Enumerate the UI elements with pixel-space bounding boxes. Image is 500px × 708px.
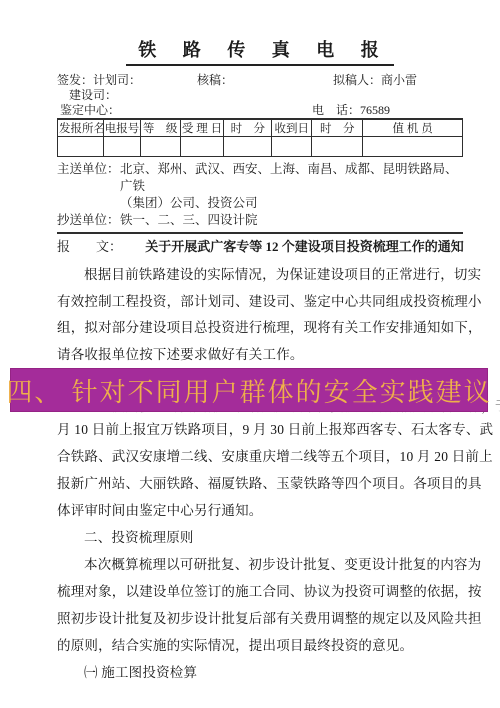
main-recipients-line2: （集团）公司、投资公司 <box>120 195 463 212</box>
telegram-routing-table: 发报所名 电报号码 等 级 受 理 日 时 分 收到日 时 分 值 机 员 <box>57 118 463 157</box>
phone-number: 电 话：76589 <box>312 101 390 118</box>
body-line: 请各收报单位按下述要求做好有关工作。 <box>57 342 463 369</box>
body-line: 月 10 日前上报宜万铁路项目，9 月 30 日前上报郑西客专、石太客专、武 <box>57 416 463 443</box>
cc-recipients-row: 抄送单位： 铁一、二、三、四设计院 <box>57 212 463 229</box>
empty-cell <box>58 137 104 157</box>
empty-cell <box>103 137 140 157</box>
main-recipients-label: 主送单位： <box>57 161 120 212</box>
subject-title: 关于开展武广客专等 12 个建设项目投资梳理工作的通知 <box>145 239 464 254</box>
main-recipients-row: 主送单位： 北京、郑州、武汉、西安、上海、南昌、成都、昆明铁路局、广铁 （集团）… <box>57 161 463 212</box>
draft-check-label: 核稿： <box>197 71 233 88</box>
col-sending-station: 发报所名 <box>58 119 104 137</box>
telegram-body: 根据目前铁路建设的实际情况，为保证建设项目的正常进行，切实 有效控制工程投资，部… <box>57 262 463 686</box>
banner-overlay-region: 一、投资梳理时间安排 各有关建设单位要抓紧开展相关准备工作，于 8 四、 针对不… <box>57 368 463 416</box>
empty-cell <box>224 137 272 157</box>
body-line: 根据目前铁路建设的实际情况，为保证建设项目的正常进行，切实 <box>57 262 463 289</box>
col-telegram-number: 电报号码 <box>103 119 140 137</box>
main-recipients-line1: 北京、郑州、武汉、西安、上海、南昌、成都、昆明铁路局、广铁 <box>120 161 463 195</box>
main-recipients-value: 北京、郑州、武汉、西安、上海、南昌、成都、昆明铁路局、广铁 （集团）公司、投资公… <box>120 161 463 212</box>
fax-telegram-page: 铁 路 传 真 电 报 签发：计划司： 核稿： 拟稿人：商小雷 建设司： 鉴定中… <box>0 0 500 708</box>
body-line: 合铁路、武汉安康增二线、安康重庆增二线等五个项目，10 月 20 日前上 <box>57 443 463 470</box>
security-advice-banner: 四、 针对不同用户群体的安全实践建议 <box>10 368 488 412</box>
signature-area: 签发：计划司： 核稿： 拟稿人：商小雷 建设司： 鉴定中心： 电 话：76589 <box>57 70 463 114</box>
appraisal-center-label: 鉴定中心： <box>60 101 120 118</box>
body-line: 本次概算梳理以可研批复、初步设计批复、变更设计批复的内容为 <box>57 551 463 578</box>
subject-label: 报 文： <box>57 238 142 256</box>
empty-cell <box>180 137 224 157</box>
subject-row: 报 文： 关于开展武广客专等 12 个建设项目投资梳理工作的通知 <box>57 234 463 258</box>
body-line: 的原则，结合实施的实际情况，提出项目最终投资的意见。 <box>57 632 463 659</box>
col-accept-date: 受 理 日 <box>180 119 224 137</box>
empty-cell <box>272 137 312 157</box>
body-line: 报新广州站、大丽铁路、福厦铁路、玉蒙铁路等四个项目。各项目的具 <box>57 470 463 497</box>
cc-recipients-value: 铁一、二、三、四设计院 <box>120 212 463 229</box>
empty-cell <box>140 137 180 157</box>
table-empty-row <box>58 137 463 157</box>
empty-cell <box>363 137 463 157</box>
body-line: 体评审时间由鉴定中心另行通知。 <box>57 497 463 524</box>
col-receive-date: 收到日 <box>272 119 312 137</box>
body-section-heading: 二、投资梳理原则 <box>57 524 463 551</box>
col-grade: 等 级 <box>140 119 180 137</box>
body-line: 有效控制工程投资，部计划司、建设司、鉴定中心共同组成投资梳理小 <box>57 289 463 316</box>
table-header-row: 发报所名 电报号码 等 级 受 理 日 时 分 收到日 时 分 值 机 员 <box>58 119 463 137</box>
title-row: 铁 路 传 真 电 报 <box>57 0 463 66</box>
col-accept-time: 时 分 <box>224 119 272 137</box>
page-title: 铁 路 传 真 电 报 <box>126 36 394 66</box>
col-receive-time: 时 分 <box>312 119 363 137</box>
body-subsection-heading: ㈠ 施工图投资检算 <box>57 659 463 686</box>
col-operator: 值 机 员 <box>363 119 463 137</box>
recipients-block: 主送单位： 北京、郑州、武汉、西安、上海、南昌、成都、昆明铁路局、广铁 （集团）… <box>57 161 463 229</box>
drafter-name: 拟稿人：商小雷 <box>333 71 417 88</box>
page-content: 铁 路 传 真 电 报 签发：计划司： 核稿： 拟稿人：商小雷 建设司： 鉴定中… <box>57 0 463 686</box>
body-line: 梳理对象，以建设单位签订的施工合同、协议为投资可调整的依据，按 <box>57 578 463 605</box>
body-line: 照初步设计批复及初步设计批复后部有关费用调整的规定以及风险共担 <box>57 605 463 632</box>
empty-cell <box>312 137 363 157</box>
body-line: 组，拟对部分建设项目总投资进行梳理，现将有关工作安排通知如下， <box>57 315 463 342</box>
cc-recipients-label: 抄送单位： <box>57 212 120 229</box>
